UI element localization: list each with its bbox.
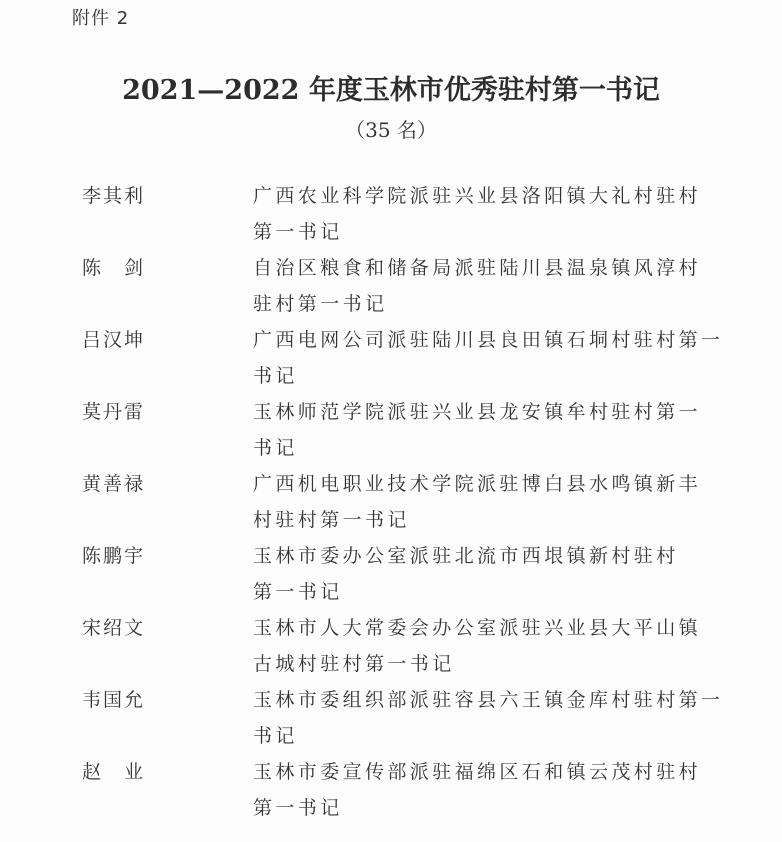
description-line: 驻村第一书记 [253, 286, 693, 322]
person-name: 莫丹雷 [82, 394, 253, 466]
person-name: 赵 业 [82, 754, 253, 826]
list-item: 李其利 广西农业科学院派驻兴业县洛阳镇大礼村驻村 第一书记 [82, 178, 722, 250]
person-description: 玉林市人大常委会办公室派驻兴业县大平山镇 古城村驻村第一书记 [253, 610, 693, 682]
list-item: 莫丹雷 玉林师范学院派驻兴业县龙安镇牟村驻村第一 书记 [82, 394, 722, 466]
list-item: 陈鹏宇 玉林市委办公室派驻北流市西垠镇新村驻村 第一书记 [82, 538, 722, 610]
description-line: 广西电网公司派驻陆川县良田镇石垌村驻村第一 [253, 322, 693, 358]
person-description: 玉林市委宣传部派驻福绵区石和镇云茂村驻村 第一书记 [253, 754, 693, 826]
description-line: 第一书记 [253, 214, 693, 250]
description-line: 书记 [253, 358, 693, 394]
person-name: 韦国允 [82, 682, 253, 754]
person-description: 广西电网公司派驻陆川县良田镇石垌村驻村第一 书记 [253, 322, 693, 394]
description-line: 玉林市委组织部派驻容县六王镇金库村驻村第一 [253, 682, 693, 718]
description-line: 第一书记 [253, 790, 693, 826]
description-line: 广西机电职业技术学院派驻博白县水鸣镇新丰 [253, 466, 693, 502]
person-description: 玉林市委办公室派驻北流市西垠镇新村驻村 第一书记 [253, 538, 693, 610]
person-name: 李其利 [82, 178, 253, 250]
description-line: 古城村驻村第一书记 [253, 646, 693, 682]
person-name: 黄善禄 [82, 466, 253, 538]
description-line: 玉林市人大常委会办公室派驻兴业县大平山镇 [253, 610, 693, 646]
list-item: 陈 剑 自治区粮食和储备局派驻陆川县温泉镇风淳村 驻村第一书记 [82, 250, 722, 322]
list-item: 赵 业 玉林市委宣传部派驻福绵区石和镇云茂村驻村 第一书记 [82, 754, 722, 826]
description-line: 书记 [253, 430, 693, 466]
description-line: 村驻村第一书记 [253, 502, 693, 538]
description-line: 玉林市委办公室派驻北流市西垠镇新村驻村 [253, 538, 693, 574]
person-description: 自治区粮食和储备局派驻陆川县温泉镇风淳村 驻村第一书记 [253, 250, 693, 322]
description-line: 玉林师范学院派驻兴业县龙安镇牟村驻村第一 [253, 394, 693, 430]
description-line: 书记 [253, 718, 693, 754]
description-line: 第一书记 [253, 574, 693, 610]
secretary-list: 李其利 广西农业科学院派驻兴业县洛阳镇大礼村驻村 第一书记 陈 剑 自治区粮食和… [82, 178, 722, 826]
person-description: 广西农业科学院派驻兴业县洛阳镇大礼村驻村 第一书记 [253, 178, 693, 250]
person-description: 广西机电职业技术学院派驻博白县水鸣镇新丰 村驻村第一书记 [253, 466, 693, 538]
person-name: 陈 剑 [82, 250, 253, 322]
description-line: 玉林市委宣传部派驻福绵区石和镇云茂村驻村 [253, 754, 693, 790]
description-line: 自治区粮食和储备局派驻陆川县温泉镇风淳村 [253, 250, 693, 286]
list-item: 宋绍文 玉林市人大常委会办公室派驻兴业县大平山镇 古城村驻村第一书记 [82, 610, 722, 682]
attachment-label: 附件 2 [72, 4, 129, 30]
document-title: 2021—2022 年度玉林市优秀驻村第一书记 [0, 68, 782, 107]
list-item: 韦国允 玉林市委组织部派驻容县六王镇金库村驻村第一 书记 [82, 682, 722, 754]
person-description: 玉林市委组织部派驻容县六王镇金库村驻村第一 书记 [253, 682, 693, 754]
description-line: 广西农业科学院派驻兴业县洛阳镇大礼村驻村 [253, 178, 693, 214]
person-name: 宋绍文 [82, 610, 253, 682]
list-item: 黄善禄 广西机电职业技术学院派驻博白县水鸣镇新丰 村驻村第一书记 [82, 466, 722, 538]
list-item: 吕汉坤 广西电网公司派驻陆川县良田镇石垌村驻村第一 书记 [82, 322, 722, 394]
person-name: 吕汉坤 [82, 322, 253, 394]
document-subtitle: （35 名） [0, 114, 782, 143]
person-description: 玉林师范学院派驻兴业县龙安镇牟村驻村第一 书记 [253, 394, 693, 466]
person-name: 陈鹏宇 [82, 538, 253, 610]
